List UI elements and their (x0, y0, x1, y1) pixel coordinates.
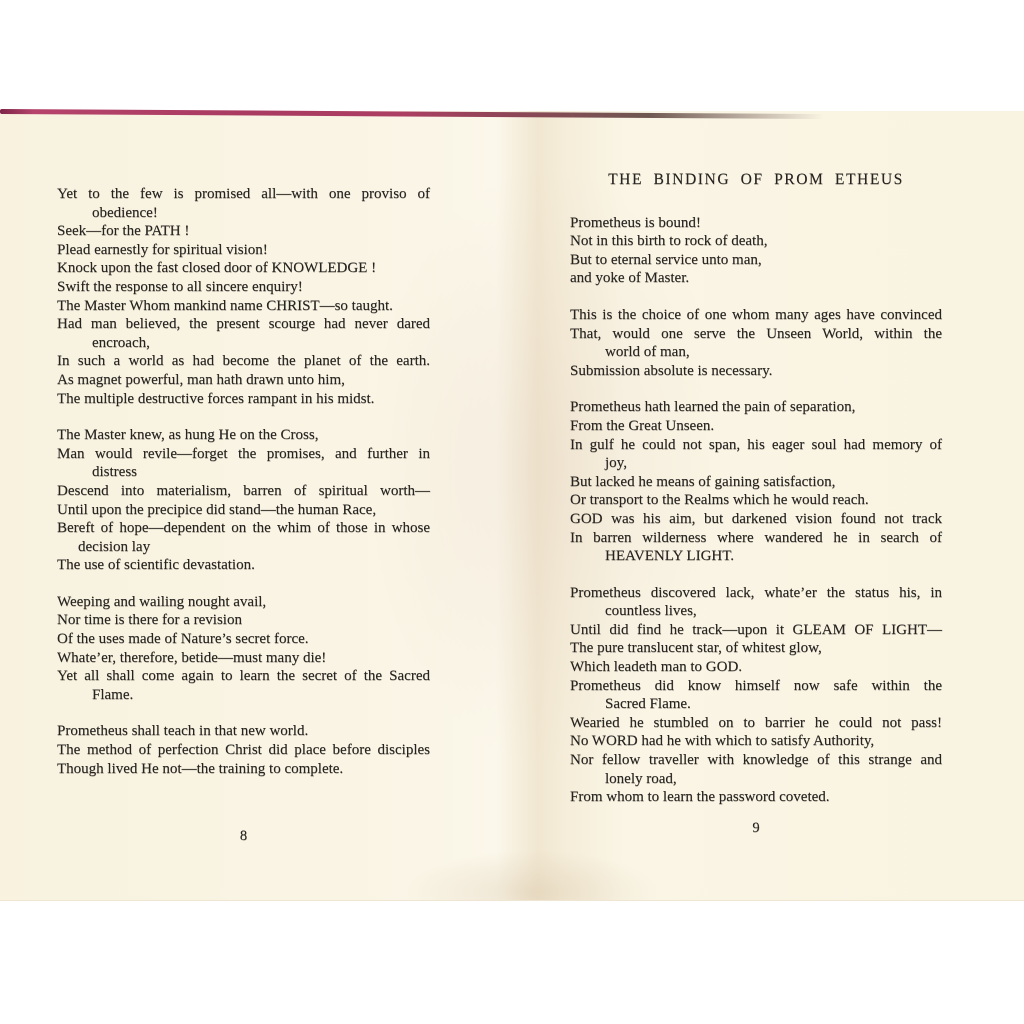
stanza: Prometheus hath learned the pain of sepa… (570, 398, 942, 565)
poem-line: The method of perfection Christ did plac… (57, 741, 430, 760)
poem-line: Prometheus did know himself now safe wit… (570, 677, 942, 696)
poem-line: Until upon the precipice did stand—the h… (57, 501, 430, 520)
book-photo: Yet to the few is promised all—with one … (0, 0, 1024, 1024)
poem-line: Prometheus discovered lack, whate’er the… (570, 584, 942, 603)
poem-line: Though lived He not—the training to comp… (57, 760, 430, 779)
poem-line: world of man, (570, 343, 942, 362)
page-right: THE BINDING OF PROM ETHEUS Prometheus is… (570, 171, 942, 807)
poem-line: Flame. (57, 686, 430, 705)
poem-line: From whom to learn the password coveted. (570, 788, 942, 807)
poem-line: Man would revile—forget the promises, an… (57, 445, 430, 464)
poem-line: The use of scientific devastation. (57, 556, 430, 575)
poem-line: decision lay (57, 538, 430, 557)
stanza: The Master knew, as hung He on the Cross… (57, 426, 430, 575)
poem-line: Nor fellow traveller with knowledge of t… (570, 751, 942, 770)
poem-line: In barren wilderness where wandered he i… (570, 529, 942, 548)
left-page-text: Yet to the few is promised all—with one … (57, 185, 430, 778)
poem-line: encroach, (57, 334, 430, 353)
poem-line: Had man believed, the present scourge ha… (57, 315, 430, 334)
poem-line: countless lives, (570, 602, 942, 621)
poem-line: Of the uses made of Nature’s secret forc… (57, 630, 430, 649)
poem-line: Whate’er, therefore, betide—must many di… (57, 649, 430, 668)
page-number-right: 9 (570, 819, 942, 838)
poem-line: Prometheus shall teach in that new world… (57, 722, 430, 741)
poem-line: Or transport to the Realms which he woul… (570, 491, 942, 510)
poem-line: In such a world as had become the planet… (57, 352, 430, 371)
poem-line: Which leadeth man to GOD. (570, 658, 942, 677)
stanza: Yet to the few is promised all—with one … (57, 185, 430, 408)
stanza: Prometheus discovered lack, whate’er the… (570, 584, 942, 807)
poem-line: Submission absolute is necessary. (570, 362, 942, 381)
poem-line: Knock upon the fast closed door of KNOWL… (57, 259, 430, 278)
stanza: Prometheus is bound!Not in this birth to… (570, 214, 942, 288)
poem-line: Sacred Flame. (570, 695, 942, 714)
poem-line: Wearied he stumbled on to barrier he cou… (570, 714, 942, 733)
poem-line: But lacked he means of gaining satisfact… (570, 473, 942, 492)
page-left: Yet to the few is promised all—with one … (57, 185, 430, 778)
stanza: Weeping and wailing nought avail,Nor tim… (57, 593, 430, 705)
poem-line: and yoke of Master. (570, 269, 942, 288)
poem-line: The Master knew, as hung He on the Cross… (57, 426, 430, 445)
poem-line: joy, (570, 454, 942, 473)
poem-line: The pure translucent star, of whitest gl… (570, 639, 942, 658)
poem-line: As magnet powerful, man hath drawn unto … (57, 371, 430, 390)
poem-line: Plead earnestly for spiritual vision! (57, 241, 430, 260)
page-number-left: 8 (57, 827, 430, 846)
book-cover-edge (0, 109, 832, 119)
poem-line: GOD was his aim, but darkened vision fou… (570, 510, 942, 529)
poem-line: The Master Whom mankind name CHRIST—so t… (57, 297, 430, 316)
poem-line: The multiple destructive forces rampant … (57, 390, 430, 409)
poem-line: But to eternal service unto man, (570, 251, 942, 270)
page-title: THE BINDING OF PROM ETHEUS (570, 171, 942, 190)
poem-line: lonely road, (570, 770, 942, 789)
poem-line: Seek—for the PATH ! (57, 222, 430, 241)
poem-line: This is the choice of one whom many ages… (570, 306, 942, 325)
right-page-text: Prometheus is bound!Not in this birth to… (570, 214, 942, 807)
poem-line: Bereft of hope—dependent on the whim of … (57, 519, 430, 538)
poem-line: Prometheus is bound! (570, 214, 942, 233)
open-book: Yet to the few is promised all—with one … (0, 111, 1024, 901)
poem-line: Not in this birth to rock of death, (570, 232, 942, 251)
poem-line: That, would one serve the Unseen World, … (570, 325, 942, 344)
poem-line: Swift the response to all sincere enquir… (57, 278, 430, 297)
poem-line: distress (57, 463, 430, 482)
poem-line: HEAVENLY LIGHT. (570, 547, 942, 566)
stanza: Prometheus shall teach in that new world… (57, 722, 430, 778)
poem-line: Descend into materialism, barren of spir… (57, 482, 430, 501)
poem-line: In gulf he could not span, his eager sou… (570, 436, 942, 455)
poem-line: Yet to the few is promised all—with one … (57, 185, 430, 204)
poem-line: Weeping and wailing nought avail, (57, 593, 430, 612)
poem-line: Until did find he track—upon it GLEAM OF… (570, 621, 942, 640)
poem-line: Prometheus hath learned the pain of sepa… (570, 398, 942, 417)
poem-line: No WORD had he with which to satisfy Aut… (570, 732, 942, 751)
poem-line: obedience! (57, 204, 430, 223)
poem-line: Nor time is there for a revision (57, 611, 430, 630)
poem-line: From the Great Unseen. (570, 417, 942, 436)
poem-line: Yet all shall come again to learn the se… (57, 667, 430, 686)
stanza: This is the choice of one whom many ages… (570, 306, 942, 380)
